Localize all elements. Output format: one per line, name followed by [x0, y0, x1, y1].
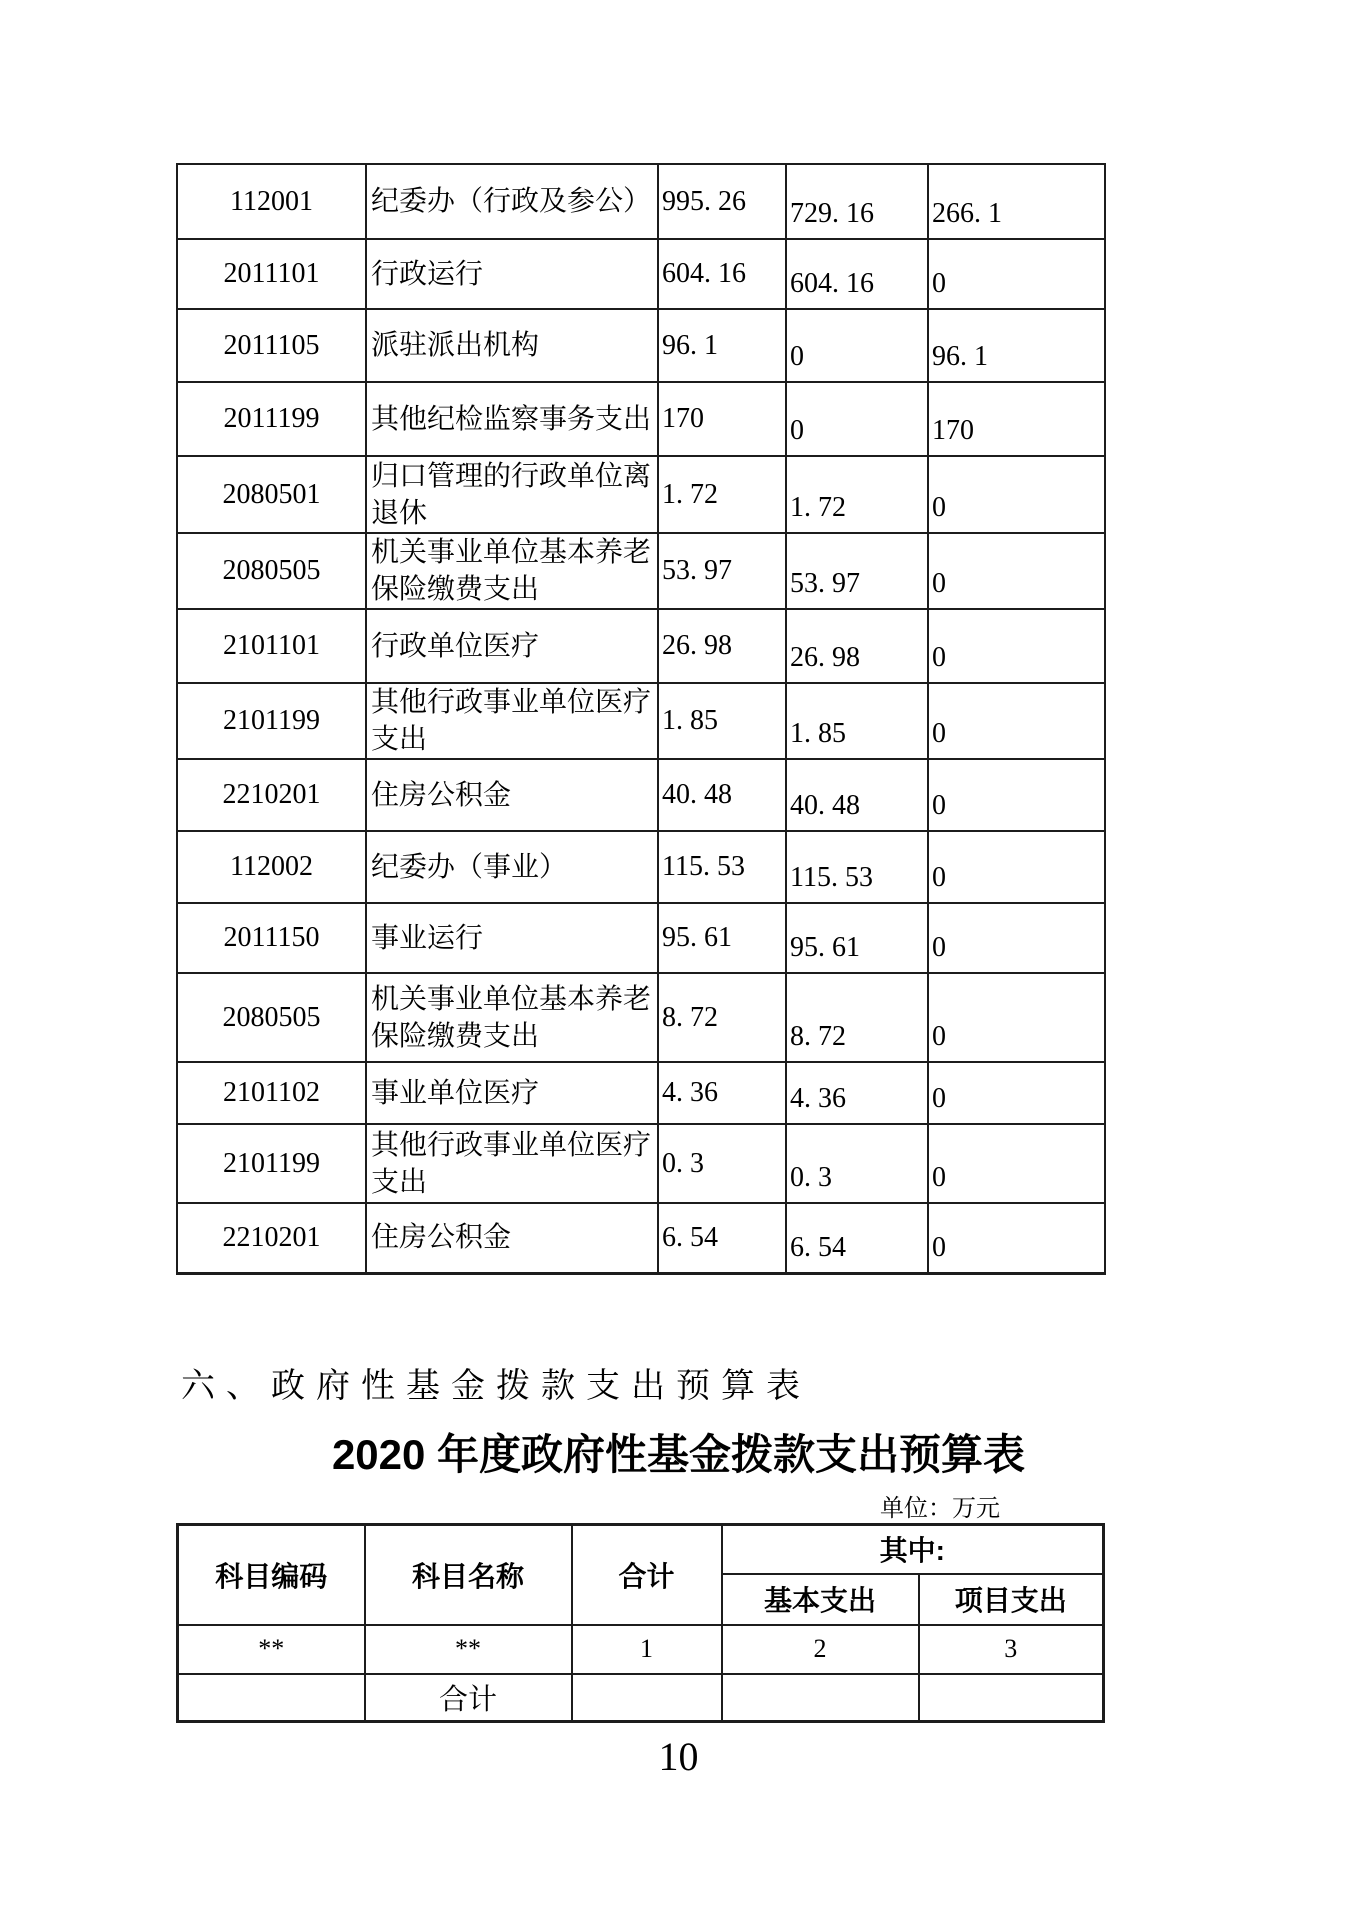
cell-name: ** — [365, 1625, 572, 1674]
table-row: 2011199 其他纪检监察事务支出 170 0 170 — [177, 382, 1105, 456]
cell-total: 26. 98 — [658, 609, 786, 683]
cell-project: 266. 1 — [928, 164, 1105, 239]
cell-basic: 2 — [722, 1625, 919, 1674]
header-among: 其中: — [722, 1525, 1104, 1574]
cell-code: 2080505 — [177, 533, 366, 609]
cell-basic: 95. 61 — [786, 903, 928, 973]
document-page: 112001 纪委办（行政及参公） 995. 26 729. 16 266. 1… — [0, 0, 1357, 1920]
cell-basic: 0 — [786, 382, 928, 456]
cell-code: 2210201 — [177, 759, 366, 831]
cell-code: 112002 — [177, 831, 366, 903]
cell-project: 0 — [928, 759, 1105, 831]
cell-project: 170 — [928, 382, 1105, 456]
cell-total: 995. 26 — [658, 164, 786, 239]
cell-total: 1. 85 — [658, 683, 786, 759]
cell-name: 其他行政事业单位医疗支出 — [366, 1124, 658, 1203]
header-project-expenditure: 项目支出 — [919, 1574, 1104, 1625]
cell-total: 115. 53 — [658, 831, 786, 903]
header-total: 合计 — [572, 1525, 722, 1625]
cell-name: 归口管理的行政单位离退休 — [366, 456, 658, 533]
cell-total: 1. 72 — [658, 456, 786, 533]
cell-project: 0 — [928, 903, 1105, 973]
cell-total: 0. 3 — [658, 1124, 786, 1203]
cell-code: 2101199 — [177, 1124, 366, 1203]
table-row: 2011150 事业运行 95. 61 95. 61 0 — [177, 903, 1105, 973]
table-row: 2080501 归口管理的行政单位离退休 1. 72 1. 72 0 — [177, 456, 1105, 533]
cell-basic: 0 — [786, 309, 928, 382]
table-row: 2080505 机关事业单位基本养老保险缴费支出 53. 97 53. 97 0 — [177, 533, 1105, 609]
cell-code: 2080505 — [177, 973, 366, 1062]
cell-code: 112001 — [177, 164, 366, 239]
budget-breakdown-table: 112001 纪委办（行政及参公） 995. 26 729. 16 266. 1… — [176, 163, 1106, 1275]
cell-basic: 6. 54 — [786, 1203, 928, 1273]
cell-project: 0 — [928, 1203, 1105, 1273]
cell-basic: 26. 98 — [786, 609, 928, 683]
table-row: ** ** 1 2 3 — [178, 1625, 1104, 1674]
cell-code: 2101199 — [177, 683, 366, 759]
table-header-row: 科目编码 科目名称 合计 其中: — [178, 1525, 1104, 1574]
cell-project: 0 — [928, 239, 1105, 309]
cell-name: 其他纪检监察事务支出 — [366, 382, 658, 456]
table-row: 2101102 事业单位医疗 4. 36 4. 36 0 — [177, 1062, 1105, 1124]
cell-code: 2011101 — [177, 239, 366, 309]
government-fund-table: 科目编码 科目名称 合计 其中: 基本支出 项目支出 ** ** 1 2 3 合… — [176, 1523, 1105, 1723]
cell-total: 170 — [658, 382, 786, 456]
cell-project: 0 — [928, 683, 1105, 759]
table-row: 2080505 机关事业单位基本养老保险缴费支出 8. 72 8. 72 0 — [177, 973, 1105, 1062]
cell-total: 96. 1 — [658, 309, 786, 382]
cell-project: 0 — [928, 1124, 1105, 1203]
cell-name: 机关事业单位基本养老保险缴费支出 — [366, 973, 658, 1062]
cell-name: 机关事业单位基本养老保险缴费支出 — [366, 533, 658, 609]
cell-project: 3 — [919, 1625, 1104, 1674]
cell-name: 事业运行 — [366, 903, 658, 973]
cell-name: 行政单位医疗 — [366, 609, 658, 683]
cell-total: 8. 72 — [658, 973, 786, 1062]
cell-basic — [722, 1674, 919, 1722]
cell-total: 53. 97 — [658, 533, 786, 609]
cell-name: 其他行政事业单位医疗支出 — [366, 683, 658, 759]
cell-basic: 729. 16 — [786, 164, 928, 239]
table-row: 2011101 行政运行 604. 16 604. 16 0 — [177, 239, 1105, 309]
cell-project: 0 — [928, 973, 1105, 1062]
cell-project: 0 — [928, 831, 1105, 903]
cell-basic: 8. 72 — [786, 973, 928, 1062]
cell-name: 事业单位医疗 — [366, 1062, 658, 1124]
table-row: 2101199 其他行政事业单位医疗支出 0. 3 0. 3 0 — [177, 1124, 1105, 1203]
cell-code: 2011105 — [177, 309, 366, 382]
cell-total: 6. 54 — [658, 1203, 786, 1273]
cell-name: 住房公积金 — [366, 1203, 658, 1273]
cell-project: 96. 1 — [928, 309, 1105, 382]
cell-project: 0 — [928, 533, 1105, 609]
cell-basic: 604. 16 — [786, 239, 928, 309]
table-row: 2210201 住房公积金 6. 54 6. 54 0 — [177, 1203, 1105, 1273]
cell-name: 纪委办（行政及参公） — [366, 164, 658, 239]
table-row: 2011105 派驻派出机构 96. 1 0 96. 1 — [177, 309, 1105, 382]
section-heading: 六、政府性基金拨款支出预算表 — [181, 1358, 811, 1407]
cell-basic: 53. 97 — [786, 533, 928, 609]
cell-name: 派驻派出机构 — [366, 309, 658, 382]
cell-total — [572, 1674, 722, 1722]
cell-project: 0 — [928, 1062, 1105, 1124]
header-subject-code: 科目编码 — [178, 1525, 365, 1625]
cell-project: 0 — [928, 456, 1105, 533]
cell-basic: 115. 53 — [786, 831, 928, 903]
cell-code: ** — [178, 1625, 365, 1674]
cell-basic: 4. 36 — [786, 1062, 928, 1124]
cell-name: 纪委办（事业） — [366, 831, 658, 903]
cell-basic: 40. 48 — [786, 759, 928, 831]
table-row: 合计 — [178, 1674, 1104, 1722]
cell-total: 95. 61 — [658, 903, 786, 973]
cell-code: 2080501 — [177, 456, 366, 533]
cell-code: 2210201 — [177, 1203, 366, 1273]
cell-code: 2101101 — [177, 609, 366, 683]
table-row: 2101199 其他行政事业单位医疗支出 1. 85 1. 85 0 — [177, 683, 1105, 759]
cell-basic: 0. 3 — [786, 1124, 928, 1203]
cell-total-label: 合计 — [365, 1674, 572, 1722]
cell-code: 2011150 — [177, 903, 366, 973]
table-row: 2101101 行政单位医疗 26. 98 26. 98 0 — [177, 609, 1105, 683]
cell-total: 1 — [572, 1625, 722, 1674]
cell-project: 0 — [928, 609, 1105, 683]
report-title: 2020 年度政府性基金拨款支出预算表 — [0, 1422, 1357, 1482]
cell-total: 40. 48 — [658, 759, 786, 831]
cell-basic: 1. 85 — [786, 683, 928, 759]
page-number: 10 — [0, 1733, 1357, 1780]
cell-name: 行政运行 — [366, 239, 658, 309]
table-row: 2210201 住房公积金 40. 48 40. 48 0 — [177, 759, 1105, 831]
cell-code — [178, 1674, 365, 1722]
cell-code: 2101102 — [177, 1062, 366, 1124]
header-basic-expenditure: 基本支出 — [722, 1574, 919, 1625]
table-row: 112002 纪委办（事业） 115. 53 115. 53 0 — [177, 831, 1105, 903]
cell-total: 4. 36 — [658, 1062, 786, 1124]
cell-basic: 1. 72 — [786, 456, 928, 533]
cell-project — [919, 1674, 1104, 1722]
header-subject-name: 科目名称 — [365, 1525, 572, 1625]
cell-total: 604. 16 — [658, 239, 786, 309]
unit-label: 单位：万元 — [880, 1488, 1000, 1523]
table-row: 112001 纪委办（行政及参公） 995. 26 729. 16 266. 1 — [177, 164, 1105, 239]
cell-name: 住房公积金 — [366, 759, 658, 831]
cell-code: 2011199 — [177, 382, 366, 456]
